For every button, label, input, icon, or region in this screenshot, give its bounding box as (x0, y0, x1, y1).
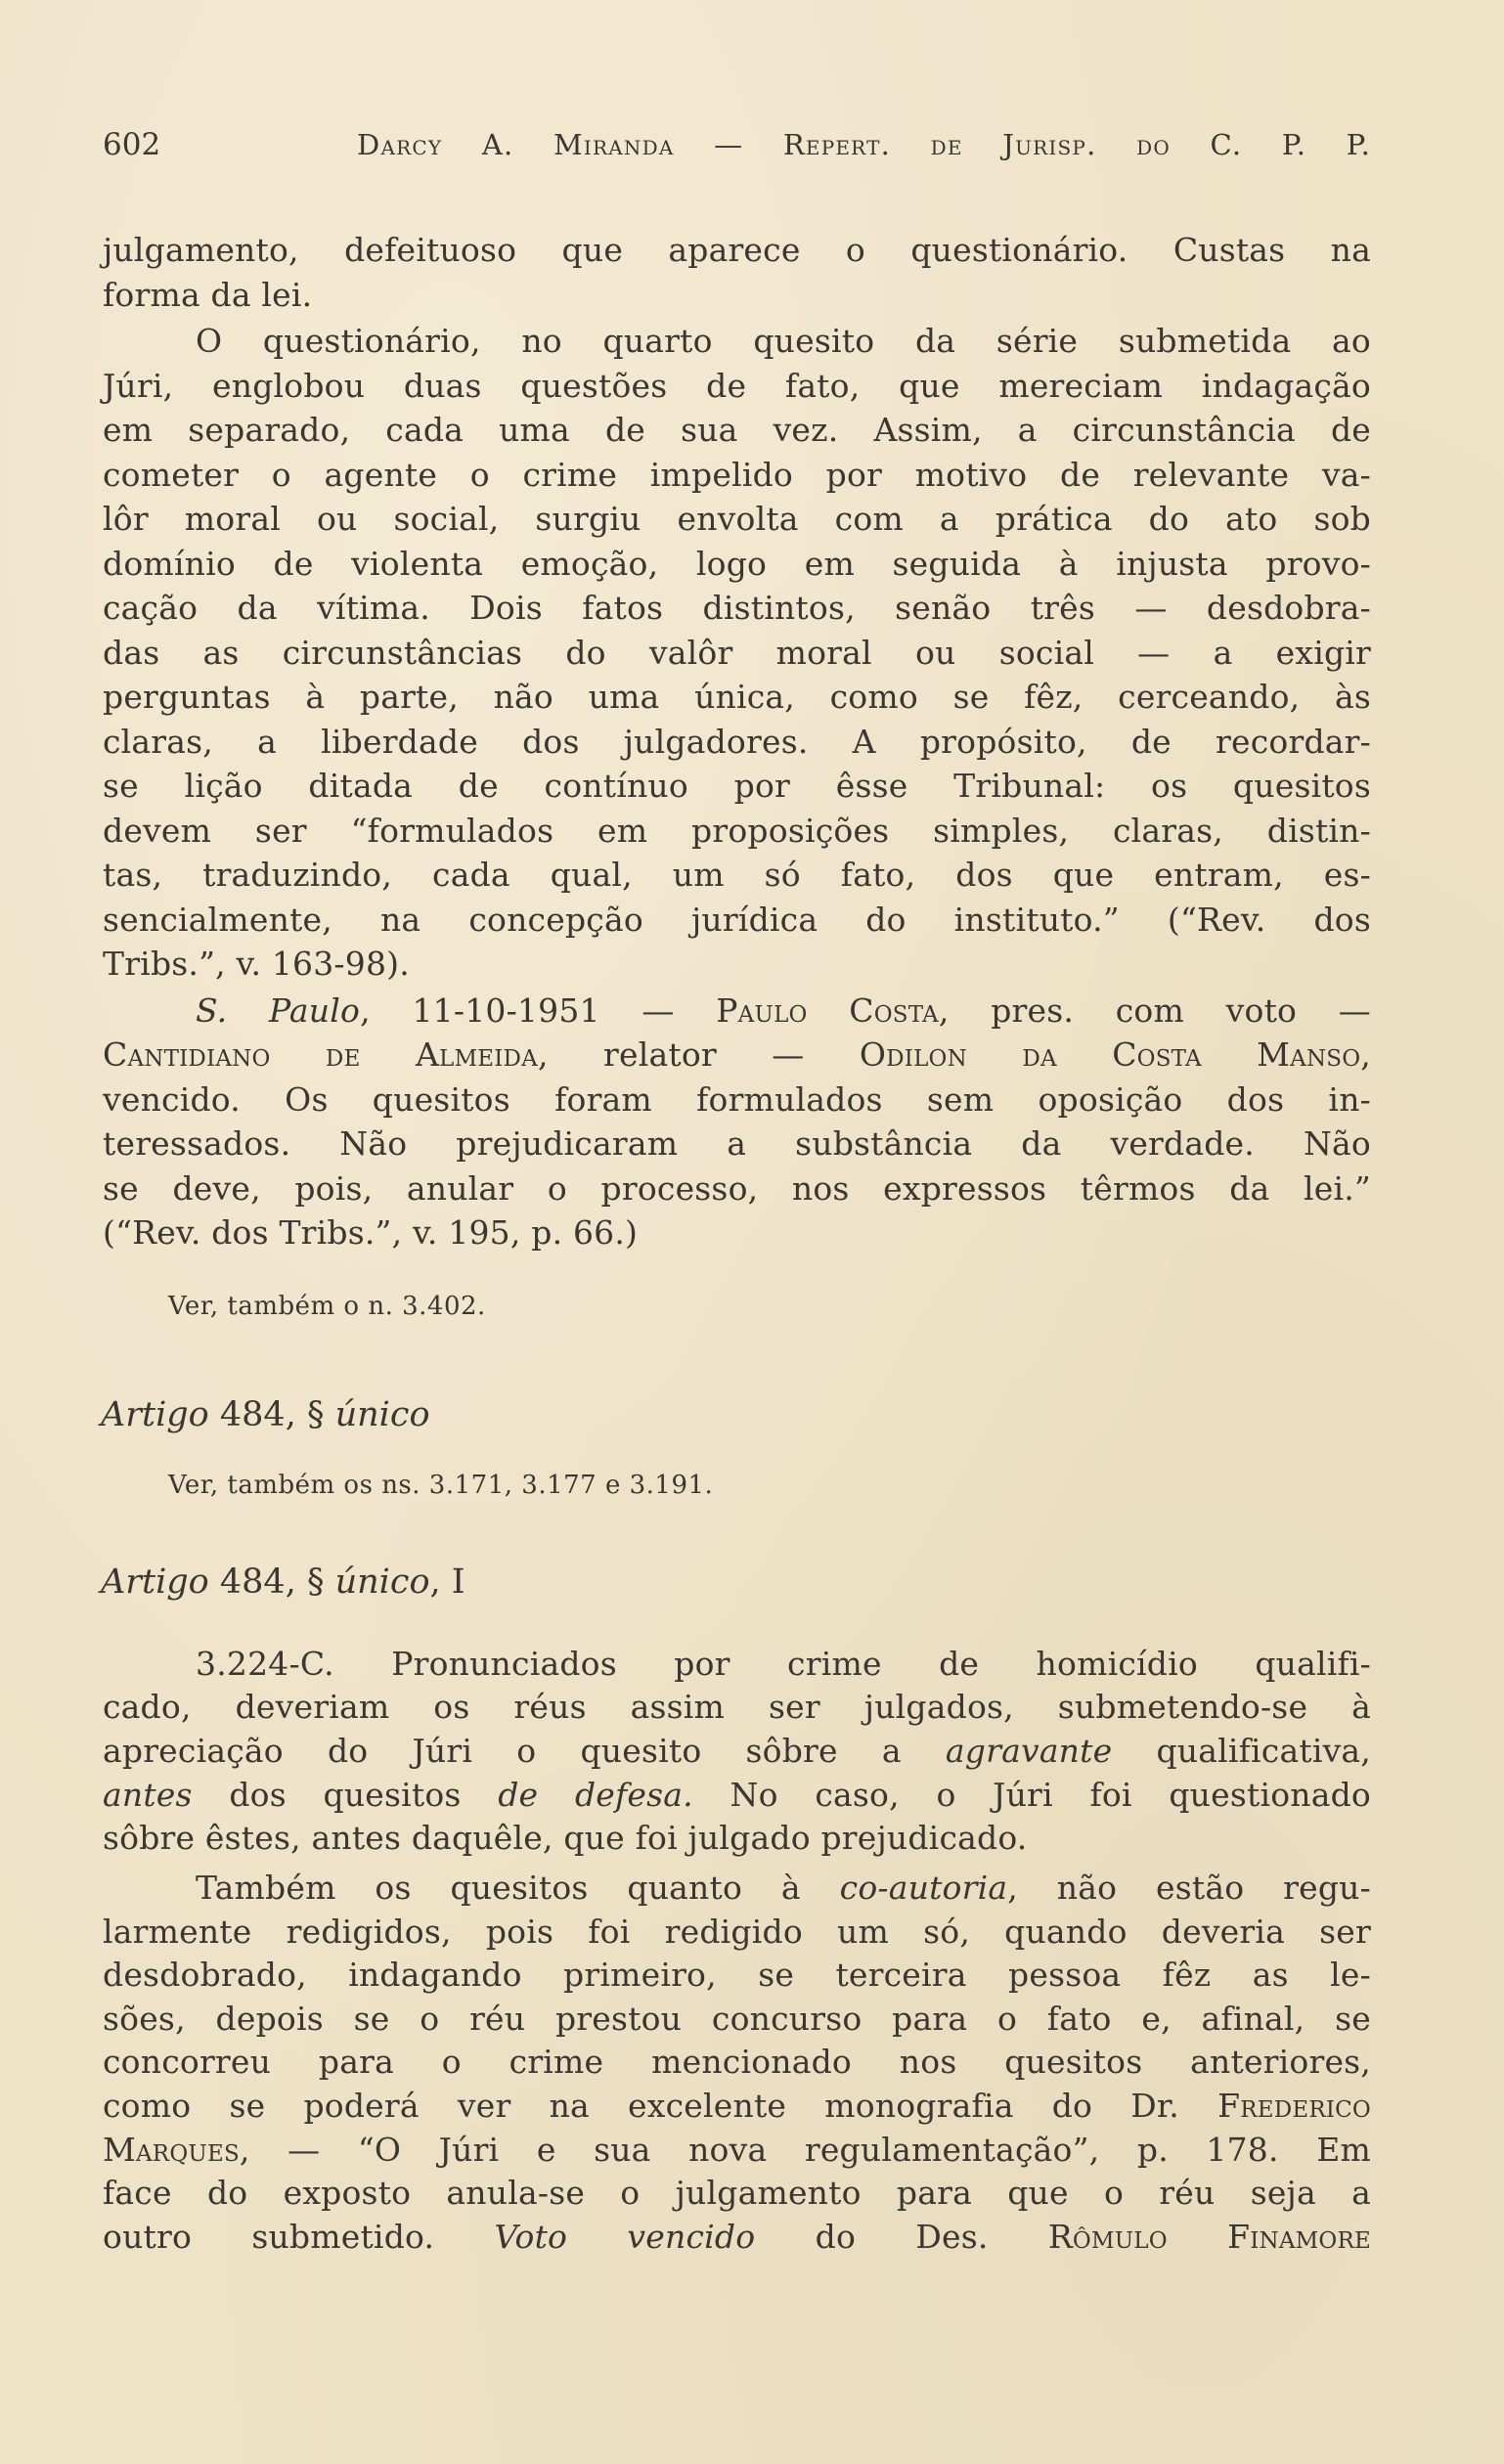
body-line: devem ser “formulados em proposições sim… (103, 810, 1371, 853)
body-line: vencido. Os quesitos foram formulados se… (103, 1078, 1371, 1122)
text-span: , não estão regu- (1007, 1869, 1371, 1907)
emphasis: co-autoria (840, 1869, 1008, 1907)
body-line: S. Paulo, 11-10-1951 — Paulo Costa, pres… (196, 990, 1371, 1033)
text-span: apreciação do Júri o quesito sôbre a (103, 1732, 946, 1770)
section-heading: Artigo 484, § único (101, 1392, 430, 1437)
body-line: como se poderá ver na excelente monograf… (103, 2085, 1371, 2128)
body-line: cação da vítima. Dois fatos distintos, s… (103, 587, 1371, 630)
body-line: cado, deveriam os réus assim ser julgado… (103, 1686, 1371, 1729)
body-line: sôbre êstes, antes daquêle, que foi julg… (103, 1817, 1371, 1860)
body-line: julgamento, defeituoso que aparece o que… (103, 229, 1371, 272)
judge-name: Paulo Costa (716, 991, 939, 1030)
heading-number: 484, § (220, 1395, 325, 1434)
body-line: O questionário, no quarto quesito da sér… (196, 320, 1371, 363)
body-line: antes dos quesitos de defesa. No caso, o… (103, 1774, 1371, 1817)
see-also-note: Ver, também os ns. 3.171, 3.177 e 3.191. (168, 1468, 713, 1503)
body-line: concorreu para o crime mencionado nos qu… (103, 2041, 1371, 2084)
body-line: se deve, pois, anular o processo, nos ex… (103, 1167, 1371, 1210)
heading-unico: único (335, 1395, 430, 1434)
body-line: forma da lei. (103, 274, 1371, 317)
heading-number: 484, § (220, 1562, 325, 1602)
body-line: lôr moral ou social, surgiu envolta com … (103, 498, 1371, 541)
body-line: cometer o agente o crime impelido por mo… (103, 454, 1371, 497)
place-name: S. Paulo (196, 991, 360, 1030)
text-span: , pres. com voto — (939, 991, 1371, 1030)
section-heading: Artigo 484, § único, I (101, 1560, 465, 1605)
body-line: Júri, englobou duas questões de fato, qu… (103, 365, 1371, 408)
text-span: , relator — (538, 1035, 860, 1074)
text-span: No caso, o Júri foi questionado (693, 1776, 1371, 1814)
see-also-note: Ver, também o n. 3.402. (168, 1289, 486, 1324)
text-span: dos quesitos (193, 1776, 499, 1814)
text-span: qualificativa, (1112, 1732, 1371, 1770)
author-name: Marques (103, 2131, 240, 2169)
judge-name: Rômulo Finamore (1048, 2218, 1371, 2256)
body-line: perguntas à parte, não uma única, como s… (103, 676, 1371, 719)
text-span: , — “O Júri e sua nova regulamentação”, … (240, 2131, 1371, 2169)
emphasis: de defesa. (498, 1776, 693, 1814)
heading-tail: , I (430, 1562, 465, 1602)
heading-artigo: Artigo (101, 1395, 209, 1434)
book-page: 602 Darcy A. Miranda — Repert. de Jurisp… (0, 0, 1504, 2464)
heading-artigo: Artigo (101, 1562, 209, 1602)
emphasis: Voto vencido (495, 2218, 756, 2256)
date-text: , 11-10-1951 — (360, 991, 716, 1030)
body-line: outro submetido. Voto vencido do Des. Rô… (103, 2216, 1371, 2259)
heading-unico: único (335, 1562, 430, 1602)
body-line: das as circunstâncias do valôr moral ou … (103, 632, 1371, 675)
body-line: em separado, cada uma de sua vez. Assim,… (103, 409, 1371, 452)
running-header: 602 Darcy A. Miranda — Repert. de Jurisp… (103, 125, 1371, 164)
body-line: domínio de violenta emoção, logo em segu… (103, 543, 1371, 586)
body-line: larmente redigidos, pois foi redigido um… (103, 1911, 1371, 1954)
body-line: se lição ditada de contínuo por êsse Tri… (103, 765, 1371, 808)
judge-name: Odilon da Costa Manso (860, 1035, 1360, 1074)
text-span: do Des. (755, 2218, 1048, 2256)
judge-name: Cantidiano de Almeida (103, 1035, 538, 1074)
body-line: Marques, — “O Júri e sua nova regulament… (103, 2129, 1371, 2172)
emphasis: agravante (946, 1732, 1112, 1770)
running-title: Darcy A. Miranda — Repert. de Jurisp. do… (357, 125, 1371, 164)
text-span: outro submetido. (103, 2218, 495, 2256)
text-span: como se poderá ver na excelente monograf… (103, 2087, 1217, 2125)
body-line: Tribs.”, v. 163-98). (103, 943, 1371, 986)
body-line: claras, a liberdade dos julgadores. A pr… (103, 721, 1371, 764)
page-number: 602 (103, 125, 160, 164)
body-line: apreciação do Júri o quesito sôbre a agr… (103, 1730, 1371, 1773)
emphasis: antes (103, 1776, 193, 1814)
body-line: tas, traduzindo, cada qual, um só fato, … (103, 854, 1371, 897)
text-span: Também os quesitos quanto à (196, 1869, 840, 1907)
body-line: teressados. Não prejudicaram a substânci… (103, 1122, 1371, 1166)
body-line: (“Rev. dos Tribs.”, v. 195, p. 66.) (103, 1211, 1371, 1254)
body-line: sencialmente, na concepção jurídica do i… (103, 899, 1371, 942)
body-line: Também os quesitos quanto à co-autoria, … (196, 1867, 1371, 1910)
body-line: face do exposto anula-se o julgamento pa… (103, 2172, 1371, 2215)
body-line: sões, depois se o réu prestou concurso p… (103, 1998, 1371, 2041)
author-name: Frederico (1217, 2087, 1371, 2125)
text-span: , (1360, 1035, 1371, 1074)
body-line: desdobrado, indagando primeiro, se terce… (103, 1954, 1371, 1997)
body-line: 3.224-C. Pronunciados por crime de homic… (196, 1643, 1371, 1686)
body-line: Cantidiano de Almeida, relator — Odilon … (103, 1034, 1371, 1077)
